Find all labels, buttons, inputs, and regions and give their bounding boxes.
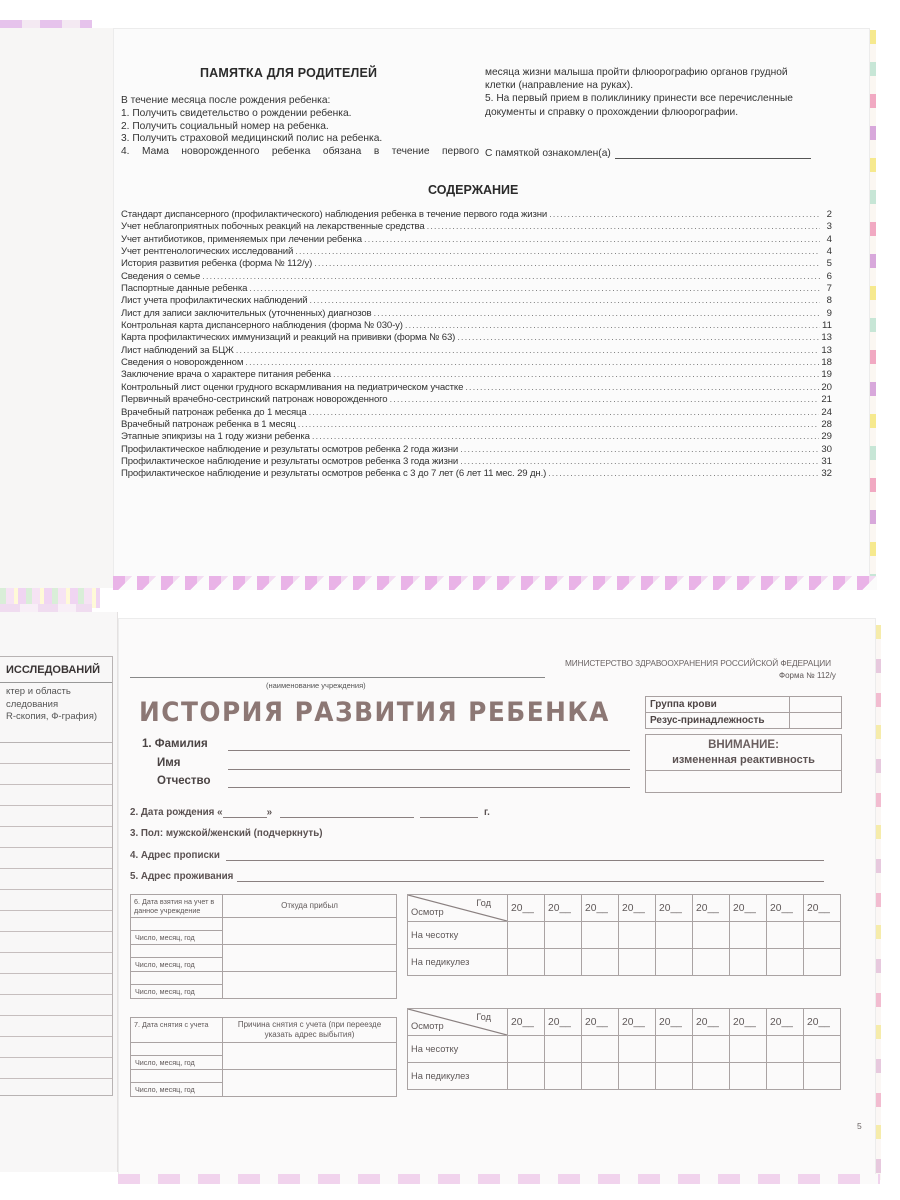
contents-entry-label: Врачебный патронаж ребенка в 1 месяц	[121, 419, 296, 431]
leader-dots	[312, 431, 820, 443]
registration-address-label: 4. Адрес прописки	[130, 850, 220, 861]
attention-header: ВНИМАНИЕ: измененная реактивность	[646, 735, 841, 771]
contents-entry[interactable]: Контрольная карта диспансерного наблюден…	[121, 320, 832, 332]
registration-address-row: 4. Адрес прописки	[130, 850, 824, 861]
contents-entry-page: 13	[821, 332, 832, 344]
date-hint: Число, месяц, год	[131, 931, 223, 945]
exam-row-label: На чесотку	[408, 1036, 508, 1063]
contents-entry-label: Врачебный патронаж ребенка до 1 месяца	[121, 407, 307, 419]
sex-label: 3. Пол: мужской/женский (подчеркнуть)	[130, 828, 322, 839]
subheader-line: следования	[6, 699, 112, 712]
subheader-line: R-скопия, Ф-графия)	[6, 711, 112, 724]
research-entry-line[interactable]	[0, 1016, 112, 1037]
blood-info-table: Группа крови Резус-принадлежность	[645, 696, 842, 729]
contents-entry[interactable]: Учет неблагоприятных побочных реакций на…	[121, 221, 832, 233]
surname-field[interactable]	[228, 750, 630, 751]
contents-entry-label: Лист наблюдений за БЦЖ	[121, 345, 234, 357]
contents-entry-page: 20	[821, 382, 832, 394]
exam-result-cell[interactable]	[730, 922, 767, 949]
contents-entry-label: Первичный врачебно-сестринский патронаж …	[121, 394, 387, 406]
year-column-header[interactable]: 20__	[730, 1009, 767, 1036]
memo-continued: 5. На первый прием в поликлинику принест…	[485, 92, 835, 105]
leader-dots	[460, 456, 819, 468]
contents-entry[interactable]: Сведения о новорожденном18	[121, 357, 832, 369]
contents-entry-page: 2	[822, 209, 832, 221]
contents-entry-label: Профилактическое наблюдение и результаты…	[121, 444, 458, 456]
contents-title: СОДЕРЖАНИЕ	[428, 183, 518, 197]
research-entry-line[interactable]	[0, 1058, 112, 1079]
subheader-line: ктер и область	[6, 686, 112, 699]
research-entry-line[interactable]	[0, 974, 112, 995]
contents-entry-label: Учет неблагоприятных побочных реакций на…	[121, 221, 425, 233]
memo-item: 1. Получить свидетельство о рождении реб…	[121, 108, 479, 121]
contents-entry-page: 8	[822, 295, 832, 307]
rh-factor-label: Резус-принадлежность	[646, 713, 790, 729]
leader-dots	[249, 283, 820, 295]
exam-table: ГодОсмотр20__20__20__20__20__20__20__20_…	[407, 1008, 841, 1090]
year-column-header[interactable]: 20__	[508, 895, 545, 922]
contents-entry-page: 29	[821, 431, 832, 443]
exam-table: ГодОсмотр20__20__20__20__20__20__20__20_…	[407, 894, 841, 976]
exam-result-cell[interactable]	[582, 922, 619, 949]
exam-result-cell[interactable]	[693, 1063, 730, 1090]
contents-entry[interactable]: Профилактическое наблюдение и результаты…	[121, 456, 832, 468]
year-column-header[interactable]: 20__	[767, 895, 804, 922]
exam-result-cell[interactable]	[656, 922, 693, 949]
research-entry-line[interactable]	[0, 869, 112, 890]
institution-name-field[interactable]	[130, 677, 545, 678]
contents-entry-page: 21	[821, 394, 832, 406]
exam-result-cell[interactable]	[767, 922, 804, 949]
memo-continued: клетки (направление на руках).	[485, 79, 835, 92]
contents-entry[interactable]: Сведения о семье6	[121, 271, 832, 283]
date-field[interactable]	[131, 945, 223, 958]
striped-page-edge	[870, 30, 876, 580]
exam-result-cell[interactable]	[545, 922, 582, 949]
exam-result-cell[interactable]	[508, 949, 545, 976]
research-entry-line[interactable]	[0, 911, 112, 932]
research-entry-line[interactable]	[0, 890, 112, 911]
contents-entry-label: Учет рентгенологических исследований	[121, 246, 293, 258]
exam-row-label: На педикулез	[408, 1063, 508, 1090]
left-page-blank	[0, 28, 118, 588]
leader-dots	[427, 221, 820, 233]
date-hint: Число, месяц, год	[131, 958, 223, 972]
research-table-subheader: ктер и область следования R-скопия, Ф-гр…	[0, 683, 112, 743]
contents-entry-page: 18	[821, 357, 832, 369]
contents-entry-page: 30	[821, 444, 832, 456]
year-column-header[interactable]: 20__	[767, 1009, 804, 1036]
leader-dots	[465, 382, 819, 394]
details-field[interactable]	[223, 1070, 397, 1097]
date-field[interactable]	[131, 918, 223, 931]
research-entry-line[interactable]	[0, 827, 112, 848]
research-entry-line[interactable]	[0, 743, 112, 764]
exam-result-cell[interactable]	[545, 949, 582, 976]
year-column-header[interactable]: 20__	[508, 1009, 545, 1036]
residence-address-label: 5. Адрес проживания	[130, 871, 233, 882]
leader-dots	[309, 407, 820, 419]
birth-date-row: 2. Дата рождения « » г.	[130, 807, 490, 818]
exam-result-cell[interactable]	[767, 1063, 804, 1090]
memo-item: 4. Мама новорожденного ребенка обязана в…	[121, 146, 479, 159]
leader-dots	[295, 246, 820, 258]
details-field[interactable]	[223, 945, 397, 972]
contents-entry-label: Сведения о семье	[121, 271, 200, 283]
birth-day-field[interactable]	[223, 809, 267, 818]
date-header: 6. Дата взятия на учет в данное учрежден…	[131, 895, 223, 918]
exam-result-cell[interactable]	[730, 1063, 767, 1090]
blood-group-field[interactable]	[790, 697, 842, 713]
leader-dots	[236, 345, 820, 357]
contents-entry-label: Карта профилактических иммунизаций и реа…	[121, 332, 455, 344]
contents-entry-label: Профилактическое наблюдение и результаты…	[121, 468, 546, 480]
birth-date-quote: »	[267, 807, 272, 818]
striped-page-edge	[876, 625, 881, 1180]
leader-dots	[374, 308, 821, 320]
leader-dots	[460, 444, 819, 456]
year-column-header[interactable]: 20__	[582, 1009, 619, 1036]
exam-corner-header: ГодОсмотр	[408, 1009, 508, 1036]
date-hint: Число, месяц, год	[131, 1056, 223, 1070]
exam-result-cell[interactable]	[508, 1063, 545, 1090]
contents-entry-label: Этапные эпикризы на 1 году жизни ребенка	[121, 431, 310, 443]
contents-entry[interactable]: Заключение врача о характере питания реб…	[121, 369, 832, 381]
year-suffix: г.	[484, 807, 490, 818]
date-field[interactable]	[131, 1070, 223, 1083]
memo-text-left: В течение месяца после рождения ребенка:…	[121, 95, 479, 159]
contents-entry[interactable]: Контрольный лист оценки грудного вскармл…	[121, 382, 832, 394]
details-field[interactable]	[223, 918, 397, 945]
memo-continued: месяца жизни малыша пройти флюорографию …	[485, 66, 835, 79]
page-number: 5	[857, 1121, 862, 1131]
exam-result-cell[interactable]	[582, 949, 619, 976]
residence-address-field[interactable]	[237, 873, 824, 882]
exam-result-cell[interactable]	[656, 1063, 693, 1090]
contents-entry[interactable]: Первичный врачебно-сестринский патронаж …	[121, 394, 832, 406]
contents-entry-label: История развития ребенка (форма № 112/у)	[121, 258, 312, 270]
exam-result-cell[interactable]	[730, 1036, 767, 1063]
contents-entry-page: 24	[821, 407, 832, 419]
contents-entry-label: Лист учета профилактических наблюдений	[121, 295, 307, 307]
exam-result-cell[interactable]	[619, 949, 656, 976]
reason-header: Причина снятия с учета (при переезде ука…	[223, 1018, 397, 1043]
contents-entry[interactable]: Этапные эпикризы на 1 году жизни ребенка…	[121, 431, 832, 443]
contents-entry-page: 9	[822, 308, 832, 320]
acknowledgement-label: С памяткой ознакомлен(а)	[485, 148, 611, 159]
contents-entry[interactable]: Профилактическое наблюдение и результаты…	[121, 468, 832, 480]
ministry-header: МИНИСТЕРСТВО ЗДРАВООХРАНЕНИЯ РОССИЙСКОЙ …	[565, 658, 831, 668]
exam-result-cell[interactable]	[693, 949, 730, 976]
exam-result-cell[interactable]	[804, 1036, 841, 1063]
birth-year-field[interactable]	[420, 809, 478, 818]
exam-result-cell[interactable]	[619, 1063, 656, 1090]
memo-text-right: месяца жизни малыша пройти флюорографию …	[485, 66, 835, 119]
triangle-border-decor	[118, 1174, 880, 1184]
birth-month-field[interactable]	[280, 809, 414, 818]
research-table: ИССЛЕДОВАНИЙ ктер и область следования R…	[0, 656, 113, 1096]
contents-entry-page: 11	[822, 320, 832, 332]
attention-title: ВНИМАНИЕ:	[646, 738, 841, 753]
exam-result-cell[interactable]	[582, 1063, 619, 1090]
exam-result-cell[interactable]	[545, 1063, 582, 1090]
exam-header: Осмотр	[411, 907, 444, 917]
leader-dots	[548, 468, 819, 480]
contents-entry-label: Лист для записи заключительных (уточненн…	[121, 308, 372, 320]
date-header: 7. Дата снятия с учета	[131, 1018, 223, 1043]
contents-entry-page: 4	[822, 246, 832, 258]
exam-result-cell[interactable]	[619, 922, 656, 949]
details-field[interactable]	[223, 1043, 397, 1070]
year-header: Год	[476, 1012, 491, 1022]
research-entry-line[interactable]	[0, 785, 112, 806]
research-entry-line[interactable]	[0, 806, 112, 827]
contents-entry-page: 32	[821, 468, 832, 480]
patronymic-label: Отчество	[157, 775, 210, 787]
exam-result-cell[interactable]	[693, 1036, 730, 1063]
surname-label: 1. Фамилия	[142, 738, 208, 750]
contents-entry[interactable]: Паспортные данные ребенка7	[121, 283, 832, 295]
exam-header: Осмотр	[411, 1021, 444, 1031]
research-table-header: ИССЛЕДОВАНИЙ	[0, 657, 112, 683]
deregistration-table: 7. Дата снятия с учетаПричина снятия с у…	[130, 1017, 397, 1097]
registration-address-field[interactable]	[226, 852, 824, 861]
year-column-header[interactable]: 20__	[656, 895, 693, 922]
exam-result-cell[interactable]	[767, 949, 804, 976]
first-name-label: Имя	[157, 757, 180, 769]
memo-item: 2. Получить социальный номер на ребенка.	[121, 121, 479, 134]
year-header: Год	[476, 898, 491, 908]
contents-entry-label: Профилактическое наблюдение и результаты…	[121, 456, 458, 468]
contents-entry-label: Учет антибиотиков, применяемых при лечен…	[121, 234, 362, 246]
details-field[interactable]	[223, 972, 397, 999]
year-column-header[interactable]: 20__	[545, 1009, 582, 1036]
exam-corner-header: ГодОсмотр	[408, 895, 508, 922]
contents-entry[interactable]: Лист учета профилактических наблюдений8	[121, 295, 832, 307]
birth-date-label: 2. Дата рождения «	[130, 807, 223, 818]
leader-dots	[364, 234, 820, 246]
date-hint: Число, месяц, год	[131, 1083, 223, 1097]
exam-result-cell[interactable]	[508, 922, 545, 949]
year-column-header[interactable]: 20__	[804, 895, 841, 922]
contents-entry[interactable]: Врачебный патронаж ребенка в 1 месяц28	[121, 419, 832, 431]
research-entry-line[interactable]	[0, 953, 112, 974]
exam-result-cell[interactable]	[656, 1036, 693, 1063]
research-entry-line[interactable]	[0, 764, 112, 785]
contents-entry-page: 28	[821, 419, 832, 431]
leader-dots	[457, 332, 819, 344]
rh-factor-field[interactable]	[790, 713, 842, 729]
triangle-border-decor	[113, 576, 877, 590]
attention-box: ВНИМАНИЕ: измененная реактивность	[645, 734, 842, 793]
memo-continued: документы и справку о прохождении флюоро…	[485, 106, 835, 119]
year-column-header[interactable]: 20__	[656, 1009, 693, 1036]
exam-result-cell[interactable]	[656, 949, 693, 976]
exam-result-cell[interactable]	[619, 1036, 656, 1063]
exam-result-cell[interactable]	[730, 949, 767, 976]
contents-entry-page: 19	[821, 369, 832, 381]
research-entry-lines	[0, 743, 112, 1079]
contents-entry-page: 6	[822, 271, 832, 283]
contents-entry[interactable]: Лист для записи заключительных (уточненн…	[121, 308, 832, 320]
date-field[interactable]	[131, 972, 223, 985]
leader-dots	[549, 209, 820, 221]
patronymic-field[interactable]	[228, 787, 630, 788]
leader-dots	[202, 271, 820, 283]
first-name-field[interactable]	[228, 769, 630, 770]
contents-entry-page: 3	[822, 221, 832, 233]
research-entry-line[interactable]	[0, 1037, 112, 1058]
residence-address-row: 5. Адрес проживания	[130, 871, 824, 882]
exam-result-cell[interactable]	[767, 1036, 804, 1063]
exam-result-cell[interactable]	[508, 1036, 545, 1063]
research-entry-line[interactable]	[0, 932, 112, 953]
table-of-contents: Стандарт диспансерного (профилактическог…	[121, 209, 832, 481]
year-column-header[interactable]: 20__	[730, 895, 767, 922]
contents-entry[interactable]: Профилактическое наблюдение и результаты…	[121, 444, 832, 456]
exam-result-cell[interactable]	[582, 1036, 619, 1063]
contents-entry-label: Заключение врача о характере питания реб…	[121, 369, 331, 381]
contents-entry-page: 5	[822, 258, 832, 270]
contents-entry-page: 7	[822, 283, 832, 295]
leader-dots	[333, 369, 819, 381]
reason-header: Откуда прибыл	[223, 895, 397, 918]
contents-entry[interactable]: Учет рентгенологических исследований4	[121, 246, 832, 258]
year-column-header[interactable]: 20__	[582, 895, 619, 922]
contents-entry-page: 4	[822, 234, 832, 246]
attention-subtitle: измененная реактивность	[646, 753, 841, 768]
contents-entry[interactable]: Стандарт диспансерного (профилактическог…	[121, 209, 832, 221]
year-column-header[interactable]: 20__	[804, 1009, 841, 1036]
year-column-header[interactable]: 20__	[693, 895, 730, 922]
memo-title: ПАМЯТКА ДЛЯ РОДИТЕЛЕЙ	[200, 66, 377, 80]
exam-result-cell[interactable]	[804, 949, 841, 976]
contents-entry-label: Паспортные данные ребенка	[121, 283, 247, 295]
contents-entry-label: Контрольный лист оценки грудного вскармл…	[121, 382, 463, 394]
leader-dots	[298, 419, 820, 431]
exam-row-label: На чесотку	[408, 922, 508, 949]
date-field[interactable]	[131, 1043, 223, 1056]
page-title: ИСТОРИЯ РАЗВИТИЯ РЕБЕНКА	[139, 697, 610, 728]
year-column-header[interactable]: 20__	[619, 895, 656, 922]
contents-entry-label: Стандарт диспансерного (профилактическог…	[121, 209, 547, 221]
contents-entry[interactable]: Лист наблюдений за БЦЖ13	[121, 345, 832, 357]
memo-intro: В течение месяца после рождения ребенка:	[121, 95, 479, 108]
contents-entry-page: 31	[821, 456, 832, 468]
contents-entry[interactable]: Учет антибиотиков, применяемых при лечен…	[121, 234, 832, 246]
memo-item: 3. Получить страховой медицинский полис …	[121, 133, 479, 146]
acknowledgement-signature-field[interactable]	[615, 149, 811, 159]
contents-entry-page: 13	[821, 345, 832, 357]
leader-dots	[405, 320, 820, 332]
research-entry-line[interactable]	[0, 848, 112, 869]
year-column-header[interactable]: 20__	[619, 1009, 656, 1036]
contents-entry-label: Сведения о новорожденном	[121, 357, 243, 369]
leader-dots	[389, 394, 819, 406]
contents-entry-label: Контрольная карта диспансерного наблюден…	[121, 320, 403, 332]
altered-reactivity-field[interactable]	[646, 771, 841, 792]
contents-entry[interactable]: Карта профилактических иммунизаций и реа…	[121, 332, 832, 344]
sex-row[interactable]: 3. Пол: мужской/женский (подчеркнуть)	[130, 828, 322, 839]
acknowledgement-line: С памяткой ознакомлен(а)	[485, 148, 811, 159]
exam-result-cell[interactable]	[693, 922, 730, 949]
exam-result-cell[interactable]	[545, 1036, 582, 1063]
research-entry-line[interactable]	[0, 995, 112, 1016]
exam-result-cell[interactable]	[804, 1063, 841, 1090]
contents-entry[interactable]: История развития ребенка (форма № 112/у)…	[121, 258, 832, 270]
form-number: Форма № 112/у	[779, 671, 836, 680]
blood-group-label: Группа крови	[646, 697, 790, 713]
year-column-header[interactable]: 20__	[693, 1009, 730, 1036]
exam-result-cell[interactable]	[804, 922, 841, 949]
leader-dots	[314, 258, 820, 270]
registration-table: 6. Дата взятия на учет в данное учрежден…	[130, 894, 397, 999]
leader-dots	[309, 295, 820, 307]
year-column-header[interactable]: 20__	[545, 895, 582, 922]
date-hint: Число, месяц, год	[131, 985, 223, 999]
contents-entry[interactable]: Врачебный патронаж ребенка до 1 месяца24	[121, 407, 832, 419]
leader-dots	[245, 357, 819, 369]
exam-row-label: На педикулез	[408, 949, 508, 976]
institution-caption: (наименование учреждения)	[266, 681, 366, 690]
